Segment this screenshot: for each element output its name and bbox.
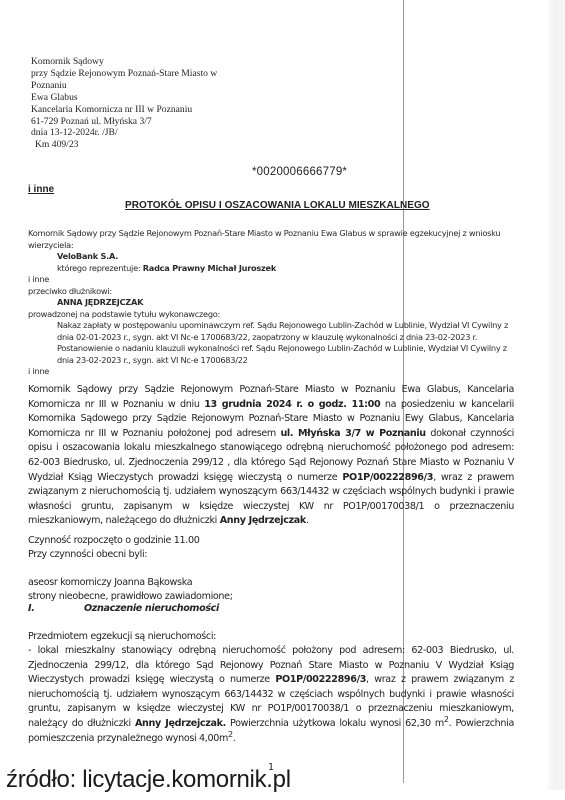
land-register-number: PO1P/00222896/3 (342, 472, 433, 483)
i-inne-label: i inne (28, 184, 54, 195)
paragraph-text: . (233, 733, 236, 744)
section-title: Oznaczenie nieruchomości (84, 603, 219, 614)
debtor-name: ANNA JĘDRZEJCZAK (28, 297, 508, 309)
title-line: Postanowienie o nadaniu klauzuli wykonal… (28, 343, 508, 355)
intro-block: Komornik Sądowy przy Sądzie Rejonowym Po… (28, 228, 508, 378)
section-number: I. (28, 603, 84, 614)
i-inne-line: i inne (28, 366, 508, 378)
title-line: dnia 02-01-2023 r., sygn. akt VI Nc-e 17… (28, 332, 508, 344)
office-address: ul. Młyńska 3/7 w Poznaniu (280, 428, 425, 439)
header-line: Poznaniu (31, 80, 217, 92)
source-watermark: źródło: licytacje.komornik.pl (6, 766, 291, 794)
intro-line: Komornik Sądowy przy Sądzie Rejonowym Po… (28, 228, 508, 240)
header-date: dnia 13-12-2024r. /JB/ (31, 127, 217, 139)
start-time: Czynność rozpoczęto o godzinie 11.00 (28, 534, 200, 548)
represented-prefix: którego reprezentuje: (57, 263, 143, 273)
intro-line: wierzyciela: (28, 240, 508, 252)
header-line: 61-729 Poznań ul. Młyńska 3/7 (31, 116, 217, 128)
representative-line: którego reprezentuje: Radca Prawny Micha… (28, 263, 508, 275)
document-title: PROTOKÓŁ OPISU I OSZACOWANIA LOKALU MIES… (125, 200, 430, 211)
basis-line: prowadzonej na podstawie tytułu wykonawc… (28, 309, 508, 321)
paragraph-text: . (306, 515, 309, 526)
hearing-date: 13 grudnia 2024 r. o godz. 11:00 (204, 399, 380, 410)
creditor-name: VeloBank S.A. (28, 251, 508, 263)
section-heading: I.Oznaczenie nieruchomości (28, 603, 219, 614)
title-line: dnia 23-02-2023 r., sygn. akt VI Nc-e 17… (28, 355, 508, 367)
present-person: aseosr komorniczy Joanna Bąkowska (28, 576, 192, 590)
debtor-name-bold: Anny Jędrzejczak (220, 515, 306, 526)
main-paragraph: Komornik Sądowy przy Sądzie Rejonowym Po… (28, 383, 514, 529)
debtor-name-bold: Anny Jędrzejczak. (135, 718, 226, 729)
representative-name: Radca Prawny Michał Juroszek (143, 263, 276, 273)
paragraph-text: Powierzchnia użytkowa lokalu wynosi 62,3… (226, 718, 444, 729)
header-line: przy Sądzie Rejonowym Poznań-Stare Miast… (31, 68, 217, 80)
header-line: Kancelaria Komornicza nr III w Poznaniu (31, 104, 217, 116)
subject-paragraph: - lokal mieszkalny stanowiący odrębną ni… (28, 644, 514, 746)
case-number: Km 409/23 (31, 139, 217, 151)
subject-label: Przedmiotem egzekucji są nieruchomości: (28, 630, 216, 644)
bailiff-header: Komornik Sądowy przy Sądzie Rejonowym Po… (31, 56, 217, 151)
present-label: Przy czynności obecni byli: (28, 548, 147, 562)
header-line: Ewa Glabus (31, 92, 217, 104)
against-line: przeciwko dłużnikowi: (28, 286, 508, 298)
i-inne-line: i inne (28, 274, 508, 286)
document-page: Komornik Sądowy przy Sądzie Rejonowym Po… (0, 0, 565, 800)
page-edge-shadow (546, 0, 565, 790)
title-line: Nakaz zapłaty w postępowaniu upominawczy… (28, 320, 508, 332)
barcode-number: *0020006666779* (252, 166, 347, 178)
land-register-number: PO1P/00222896/3 (275, 674, 366, 685)
header-line: Komornik Sądowy (31, 56, 217, 68)
